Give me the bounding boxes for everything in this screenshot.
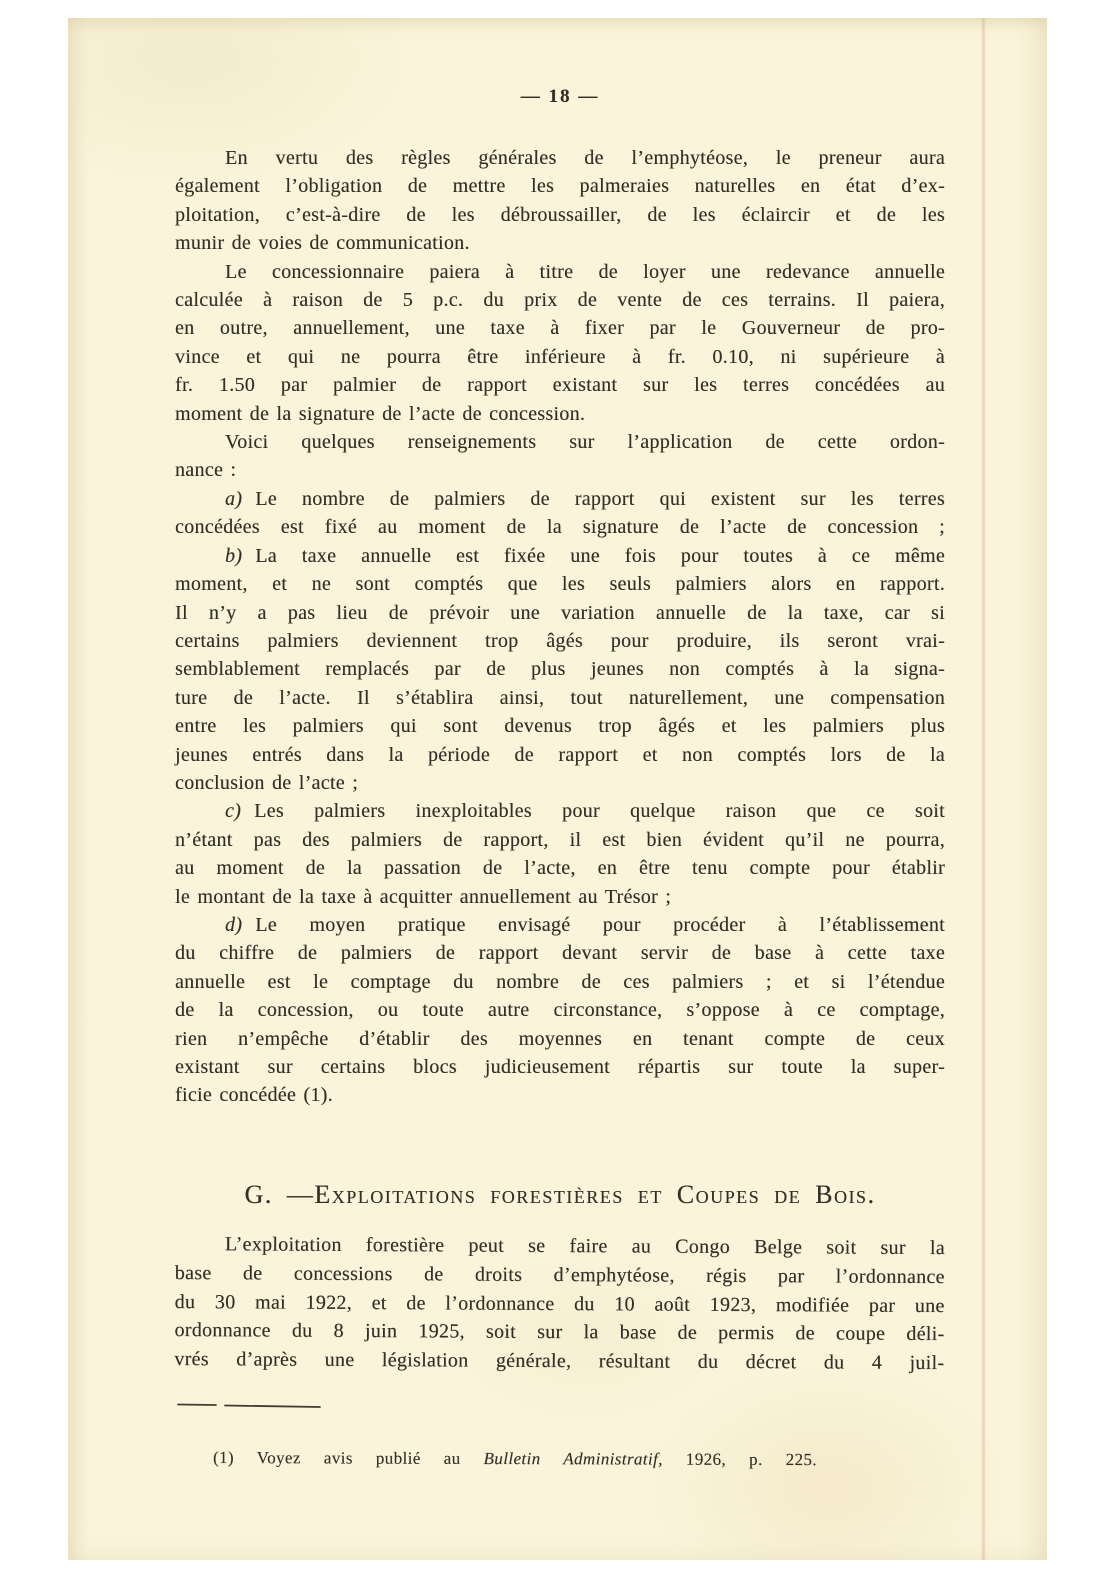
text-line: ture de l’acte. Il s’établira ainsi, tou… <box>175 684 945 712</box>
paragraph-marker: c) <box>225 800 241 822</box>
text-line: calculée à raison de 5 p.c. du prix de v… <box>175 286 945 314</box>
text-line: existant sur certains blocs judicieuseme… <box>175 1053 945 1081</box>
scanned-page: — 18 — En vertu des règles générales de … <box>68 18 1047 1560</box>
text-line: rien n’empêche d’établir des moyennes en… <box>175 1025 945 1053</box>
text-line: semblablement remplacés par de plus jeun… <box>175 655 945 683</box>
text-line: vince et qui ne pourra être inférieure à… <box>175 343 945 371</box>
text-line: L’exploitation forestière peut se faire … <box>175 1230 945 1263</box>
page-number: — 18 — <box>175 86 945 108</box>
text-line: ficie concédée (1). <box>175 1081 945 1109</box>
body-text: En vertu des règles générales de l’emphy… <box>175 144 945 1110</box>
section-paragraph: L’exploitation forestière peut se faire … <box>174 1230 945 1378</box>
footnote-prefix: (1) Voyez avis publié au <box>213 1448 484 1468</box>
text-line: fr. 1.50 par palmier de rapport existant… <box>175 371 945 399</box>
text-line: certains palmiers deviennent trop âgés p… <box>175 627 945 655</box>
text-line: du chiffre de palmiers de rapport devant… <box>175 939 945 967</box>
text-line: ploitation, c’est-à-dire de les débrouss… <box>175 201 945 229</box>
text-line: a)Le nombre de palmiers de rapport qui e… <box>175 485 945 513</box>
text-line: également l’obligation de mettre les pal… <box>175 172 945 200</box>
text-line: nance : <box>175 456 945 484</box>
text-line: jeunes entrés dans la période de rapport… <box>175 741 945 769</box>
footnote-rule <box>176 1398 322 1408</box>
section-heading: G. —Exploitations forestières et Coupes … <box>175 1180 945 1210</box>
text-line: b)La taxe annuelle est fixée une fois po… <box>175 542 945 570</box>
text-line: du 30 mai 1922, et de l’ordonnance du 10… <box>175 1288 945 1321</box>
text-line: Il n’y a pas lieu de prévoir une variati… <box>175 599 945 627</box>
text-line: concédées est fixé au moment de la signa… <box>175 513 945 541</box>
text-line: ordonnance du 8 juin 1925, soit sur la b… <box>174 1316 944 1349</box>
text-line: de la concession, ou toute autre circons… <box>175 996 945 1024</box>
text-line: en outre, annuellement, une taxe à fixer… <box>175 314 945 342</box>
text-line: le montant de la taxe à acquitter annuel… <box>175 883 945 911</box>
footnote: (1) Voyez avis publié au Bulletin Admini… <box>213 1446 817 1472</box>
footnote-suffix: 1926, p. 225. <box>663 1450 817 1470</box>
text-line: d)Le moyen pratique envisagé pour procéd… <box>175 911 945 939</box>
text-line: au moment de la passation de l’acte, en … <box>175 854 945 882</box>
paragraph-marker: b) <box>225 545 242 567</box>
text-line: c)Les palmiers inexploitables pour quelq… <box>175 797 945 825</box>
text-line: munir de voies de communication. <box>175 229 945 257</box>
page-crease <box>981 18 986 1560</box>
paragraph-marker: a) <box>225 488 242 510</box>
footnote-italic-title: Bulletin Administratif, <box>484 1449 663 1469</box>
text-line: entre les palmiers qui sont devenus trop… <box>175 712 945 740</box>
text-line: base de concessions de droits d’emphytéo… <box>175 1259 945 1292</box>
text-line: Voici quelques renseignements sur l’appl… <box>175 428 945 456</box>
footnote-rule-dashes <box>176 1401 322 1411</box>
text-line: En vertu des règles générales de l’emphy… <box>175 144 945 172</box>
text-line: conclusion de l’acte ; <box>175 769 945 797</box>
text-line: moment de la signature de l’acte de conc… <box>175 400 945 428</box>
text-line: annuelle est le comptage du nombre de ce… <box>175 968 945 996</box>
text-line: moment, et ne sont comptés que les seuls… <box>175 570 945 598</box>
text-line: n’étant pas des palmiers de rapport, il … <box>175 826 945 854</box>
paragraph-marker: d) <box>225 914 242 936</box>
text-line: vrés d’après une législation générale, r… <box>174 1345 944 1378</box>
text-line: Le concessionnaire paiera à titre de loy… <box>175 258 945 286</box>
